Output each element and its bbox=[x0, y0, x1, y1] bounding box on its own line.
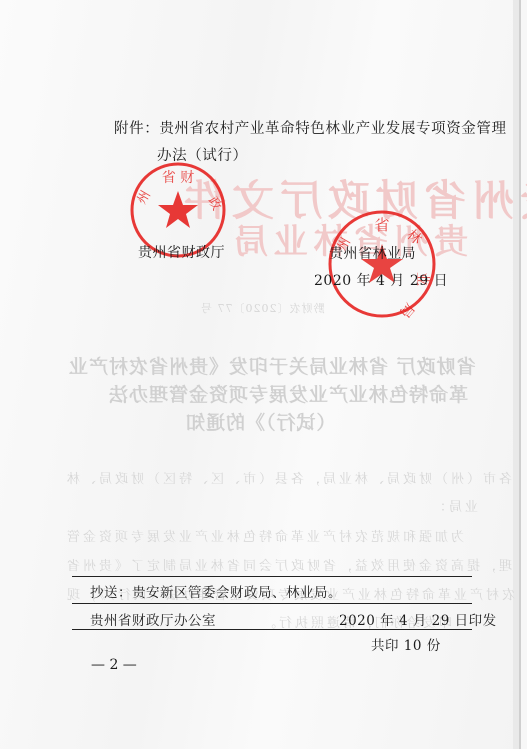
page-edge bbox=[513, 0, 519, 749]
signature-date: 2020 年 4 月 29 日 bbox=[314, 270, 448, 290]
issuer: 贵州省财政厅办公室 bbox=[90, 609, 216, 629]
cc-line: 抄送：贵安新区管委会财政局、林业局。 bbox=[90, 581, 342, 601]
show-through-body-3: 为加强和规范农村产业革命特色林业产业发展专项资金管 bbox=[64, 526, 464, 545]
signature-finance-department: 贵州省财政厅 bbox=[138, 242, 225, 262]
footer-rule-top bbox=[72, 576, 472, 577]
show-through-body-1: 各市（州）财政局、林业局，各县（市、区、特区）财政局、林 bbox=[64, 468, 512, 487]
footer-rule-middle bbox=[72, 603, 472, 604]
show-through-body-2: 业局： bbox=[430, 496, 478, 515]
show-through-title-2: 革命特色林业产业发展专项资金管理办法 bbox=[108, 380, 468, 407]
show-through-doc-number: 黔财农〔2020〕77 号 bbox=[200, 300, 325, 316]
page-number: — 2 — bbox=[91, 657, 137, 673]
attachment-line-1: 附件：贵州省农村产业革命特色林业产业发展专项资金管理 bbox=[114, 117, 507, 138]
cc-label: 抄送： bbox=[90, 585, 132, 601]
issue-date: 2020 年 4 月 29 日印发 bbox=[339, 609, 497, 629]
svg-text:局: 局 bbox=[396, 299, 417, 320]
attachment-title: 贵州省农村产业革命特色林业产业发展专项资金管理 bbox=[159, 121, 506, 137]
show-through-body-4: 理，提高资金使用效益，省财政厅会同省林业局制定了《贵州省 bbox=[64, 555, 512, 574]
show-through-title-3: （试行）》的通知 bbox=[185, 408, 336, 435]
seal-star-icon: 省 林 业 局 州 bbox=[326, 206, 438, 322]
cc-recipients: 贵安新区管委会财政局、林业局。 bbox=[132, 585, 342, 601]
document-page: 贵州省财政厅文件 贵州省林业局 黔财农〔2020〕77 号 省财政厅 省林业局关… bbox=[0, 0, 521, 749]
footer-rule-bottom bbox=[72, 629, 472, 630]
seal-forestry-bureau: 省 林 业 局 州 bbox=[326, 206, 438, 322]
show-through-title-1: 省财政厅 省林业局关于印发《贵州省农村产业 bbox=[68, 352, 476, 379]
svg-text:省 财: 省 财 bbox=[162, 169, 194, 186]
attachment-label: 附件： bbox=[114, 121, 159, 137]
signature-forestry-bureau: 贵州省林业局 bbox=[329, 243, 416, 263]
copies-count: 共印 10 份 bbox=[371, 634, 441, 654]
svg-text:省: 省 bbox=[374, 216, 389, 234]
